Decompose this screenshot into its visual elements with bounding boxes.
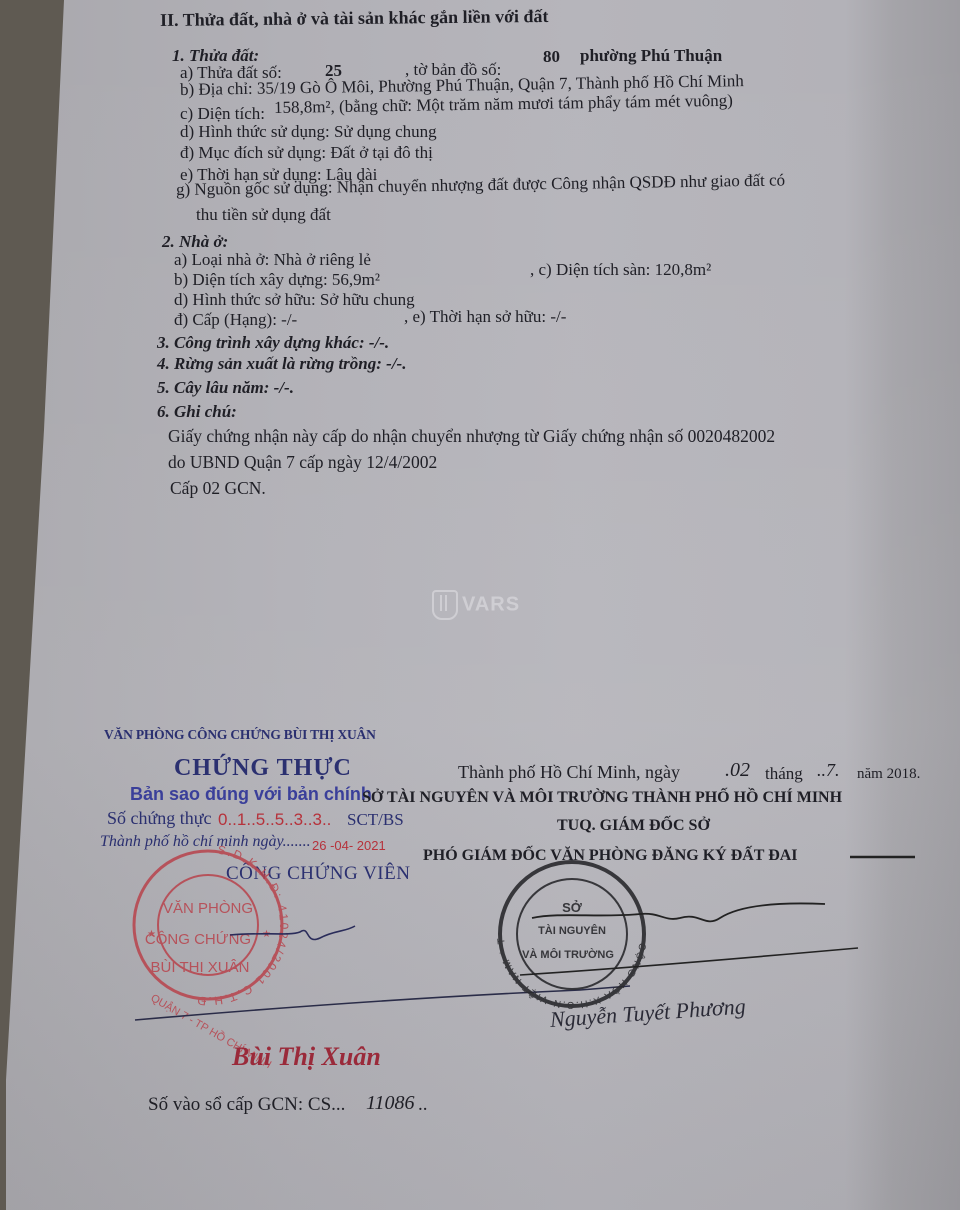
- svg-text:TÀI NGUYÊN: TÀI NGUYÊN: [538, 924, 606, 937]
- registry-tail: ..: [418, 1094, 428, 1116]
- notary-signer: Bùi Thị Xuân: [232, 1042, 381, 1072]
- svg-text:VÀ MÔI TRƯỜNG: VÀ MÔI TRƯỜNG: [522, 948, 614, 961]
- svg-text:S.D.K.H.Đ: 41024/2001 C.T.H.Đ: S.D.K.H.Đ: 41024/2001 C.T.H.Đ: [195, 843, 291, 1009]
- registry-label: Số vào sổ cấp GCN: CS...: [148, 1094, 345, 1116]
- svg-text:BÙI THỊ XUÂN: BÙI THỊ XUÂN: [151, 959, 250, 976]
- svg-text:CỘNG HÒA X.H.C.N VIỆT NAM * TH: CỘNG HÒA X.H.C.N VIỆT NAM * THÀNH PHỐ HỒ…: [0, 0, 647, 1010]
- svg-text:SỞ: SỞ: [562, 900, 583, 915]
- registry-number: 11086: [366, 1092, 415, 1114]
- authority-seal: CỘNG HÒA X.H.C.N VIỆT NAM * THÀNH PHỐ HỒ…: [0, 0, 647, 1010]
- svg-text:VĂN PHÒNG: VĂN PHÒNG: [163, 900, 253, 917]
- notary-seal: ★ ★ S.D.K.H.Đ: 41024/2001 C.T.H.Đ VĂN PH…: [134, 843, 291, 1072]
- svg-text:CÔNG CHỨNG: CÔNG CHỨNG: [145, 931, 251, 948]
- stamps-and-signatures: ★ ★ S.D.K.H.Đ: 41024/2001 C.T.H.Đ VĂN PH…: [0, 0, 960, 1210]
